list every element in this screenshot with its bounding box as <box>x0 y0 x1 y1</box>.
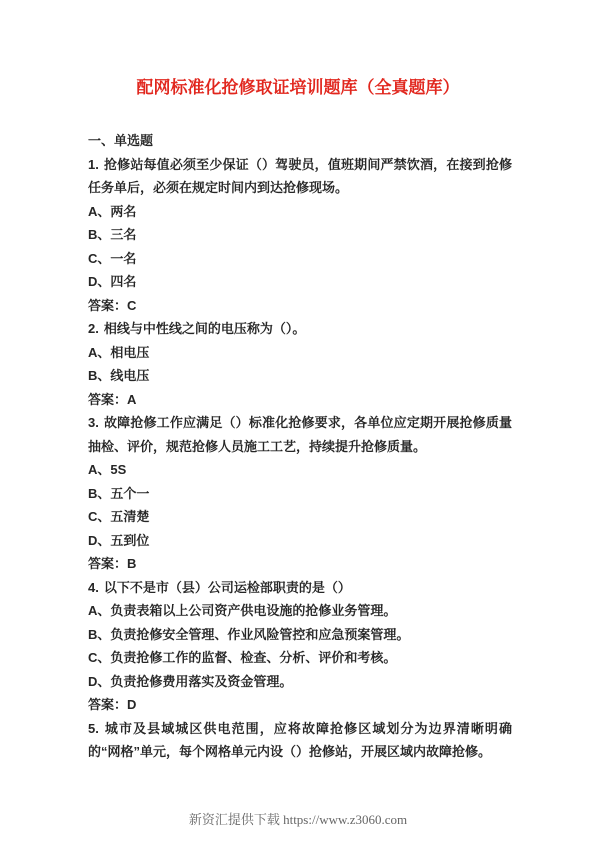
question-body: 故障抢修工作应满足（）标准化抢修要求，各单位应定期开展抢修质量抽检、评价，规范抢… <box>88 415 512 454</box>
question-block: 5.城市及县域城区供电范围，应将故障抢修区域划分为边界清晰明确的“网格”单元，每… <box>88 717 512 764</box>
question-body: 相线与中性线之间的电压称为（）。 <box>104 321 306 336</box>
question-list: 1.抢修站每值必须至少保证（）驾驶员，值班期间严禁饮酒，在接到抢修任务单后，必须… <box>88 153 512 764</box>
option-line: C、五清楚 <box>88 505 512 529</box>
question-number: 1. <box>88 157 99 172</box>
section-heading: 一、单选题 <box>88 129 512 153</box>
answer-line: 答案：D <box>88 693 512 717</box>
content-column: 一、单选题 1.抢修站每值必须至少保证（）驾驶员，值班期间严禁饮酒，在接到抢修任… <box>88 129 512 764</box>
option-line: A、相电压 <box>88 341 512 365</box>
question-text: 5.城市及县域城区供电范围，应将故障抢修区域划分为边界清晰明确的“网格”单元，每… <box>88 717 512 764</box>
option-line: A、两名 <box>88 200 512 224</box>
question-number: 5. <box>88 721 99 736</box>
option-line: A、5S <box>88 458 512 482</box>
question-text: 3.故障抢修工作应满足（）标准化抢修要求，各单位应定期开展抢修质量抽检、评价，规… <box>88 411 512 458</box>
answer-line: 答案：C <box>88 294 512 318</box>
question-body: 抢修站每值必须至少保证（）驾驶员，值班期间严禁饮酒，在接到抢修任务单后，必须在规… <box>88 157 512 196</box>
question-number: 3. <box>88 415 99 430</box>
option-line: A、负责表箱以上公司资产供电设施的抢修业务管理。 <box>88 599 512 623</box>
page-title: 配网标准化抢修取证培训题库（全真题库） <box>0 76 596 100</box>
option-line: B、负责抢修安全管理、作业风险管控和应急预案管理。 <box>88 623 512 647</box>
question-text: 2.相线与中性线之间的电压称为（）。 <box>88 317 512 341</box>
option-line: D、负责抢修费用落实及资金管理。 <box>88 670 512 694</box>
option-line: C、负责抢修工作的监督、检查、分析、评价和考核。 <box>88 646 512 670</box>
question-block: 3.故障抢修工作应满足（）标准化抢修要求，各单位应定期开展抢修质量抽检、评价，规… <box>88 411 512 576</box>
question-number: 4. <box>88 580 99 595</box>
option-line: D、四名 <box>88 270 512 294</box>
option-line: C、一名 <box>88 247 512 271</box>
question-number: 2. <box>88 321 99 336</box>
option-line: B、五个一 <box>88 482 512 506</box>
question-block: 4.以下不是市（县）公司运检部职责的是（） A、负责表箱以上公司资产供电设施的抢… <box>88 576 512 717</box>
answer-line: 答案：A <box>88 388 512 412</box>
question-body: 城市及县域城区供电范围，应将故障抢修区域划分为边界清晰明确的“网格”单元，每个网… <box>88 721 512 760</box>
option-line: B、三名 <box>88 223 512 247</box>
option-line: D、五到位 <box>88 529 512 553</box>
footer-note: 新资汇提供下载 https://www.z3060.com <box>0 812 596 828</box>
document-page: 配网标准化抢修取证培训题库（全真题库） 一、单选题 1.抢修站每值必须至少保证（… <box>0 0 596 842</box>
question-body: 以下不是市（县）公司运检部职责的是（） <box>104 580 351 595</box>
question-text: 4.以下不是市（县）公司运检部职责的是（） <box>88 576 512 600</box>
option-line: B、线电压 <box>88 364 512 388</box>
question-block: 2.相线与中性线之间的电压称为（）。 A、相电压B、线电压答案：A <box>88 317 512 411</box>
question-text: 1.抢修站每值必须至少保证（）驾驶员，值班期间严禁饮酒，在接到抢修任务单后，必须… <box>88 153 512 200</box>
question-block: 1.抢修站每值必须至少保证（）驾驶员，值班期间严禁饮酒，在接到抢修任务单后，必须… <box>88 153 512 318</box>
answer-line: 答案：B <box>88 552 512 576</box>
